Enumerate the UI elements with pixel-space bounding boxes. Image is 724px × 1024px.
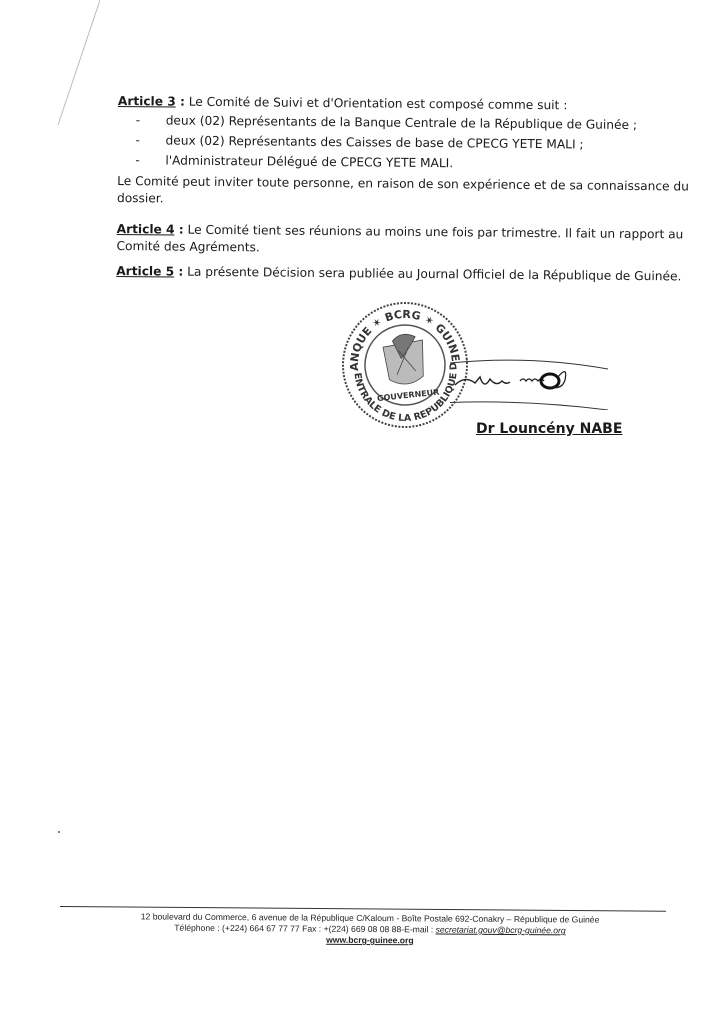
list-item: deux (02) Représentants de la Banque Cen…	[136, 112, 708, 134]
article-4: Article 4 : Le Comité tient ses réunions…	[116, 221, 706, 261]
article-3-label: Article 3	[118, 94, 176, 109]
article-5-text: La présente Décision sera publiée au Jou…	[183, 265, 681, 284]
footer-phone-fax: Téléphone : (+224) 664 67 77 77 Fax : +(…	[174, 923, 435, 935]
committee-members-list: deux (02) Représentants de la Banque Cen…	[135, 112, 708, 174]
svg-text:GOUVERNEUR: GOUVERNEUR	[377, 388, 440, 403]
article-3-text: Le Comité de Suivi et d'Orientation est …	[185, 95, 568, 113]
page-corner-fold	[0, 0, 100, 130]
signer-name: Dr Louncény NABE	[476, 421, 622, 437]
article-3: Article 3 : Le Comité de Suivi et d'Orie…	[117, 93, 708, 213]
footer-email-link[interactable]: secretariat.gouv@bcrg-guinée.org	[436, 924, 566, 935]
footer: 12 boulevard du Commerce, 6 avenue de la…	[90, 911, 650, 948]
article-5: Article 5 : La présente Décision sera pu…	[116, 263, 706, 286]
scan-speck	[58, 831, 60, 833]
article-3-closing: Le Comité peut inviter toute personne, e…	[117, 173, 707, 213]
list-item: l'Administrateur Délégué de CPECG YETE M…	[135, 152, 707, 174]
article-4-text: Le Comité tient ses réunions au moins un…	[116, 223, 683, 255]
list-item: deux (02) Représentants des Caisses de b…	[135, 132, 707, 154]
article-5-label: Article 5	[116, 264, 174, 279]
signature	[450, 355, 610, 410]
document-body: Article 3 : Le Comité de Suivi et d'Orie…	[116, 93, 708, 294]
article-4-label: Article 4	[117, 222, 175, 237]
coat-of-arms-icon	[382, 333, 427, 386]
